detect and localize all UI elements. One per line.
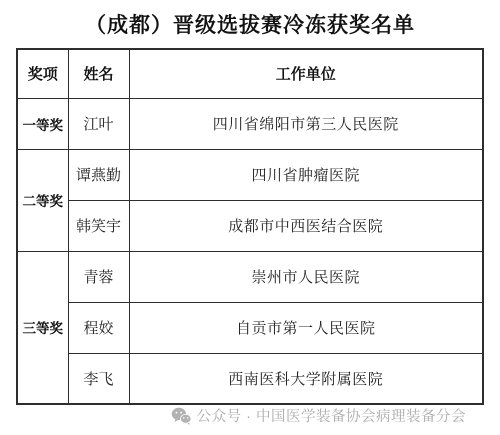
award-cell-first-prize: 一等奖 <box>17 98 68 149</box>
award-table: 奖项 姓名 工作单位 一等奖 江叶 四川省绵阳市第三人民医院 二等奖 谭燕勤 四… <box>16 48 484 405</box>
name-cell: 韩笑宇 <box>68 200 129 251</box>
table-row: 二等奖 谭燕勤 四川省肿瘤医院 <box>17 149 483 200</box>
org-cell: 成都市中西医结合医院 <box>129 200 483 251</box>
name-cell: 谭燕勤 <box>68 149 129 200</box>
table-header-row: 奖项 姓名 工作单位 <box>17 49 483 98</box>
org-cell: 自贡市第一人民医院 <box>129 302 483 353</box>
org-cell: 四川省肿瘤医院 <box>129 149 483 200</box>
column-header-name: 姓名 <box>68 49 129 98</box>
column-header-org: 工作单位 <box>129 49 483 98</box>
award-cell-third-prize: 三等奖 <box>17 251 68 404</box>
table-row: 程姣 自贡市第一人民医院 <box>17 302 483 353</box>
page-title: （成都）晋级选拔赛冷冻获奖名单 <box>0 9 500 39</box>
name-cell: 李飞 <box>68 353 129 404</box>
name-cell: 程姣 <box>68 302 129 353</box>
name-cell: 青蓉 <box>68 251 129 302</box>
wechat-icon <box>171 407 192 425</box>
watermark: 公众号 · 中国医学装备协会病理装备分会 <box>171 405 466 426</box>
table-row: 李飞 西南医科大学附属医院 <box>17 353 483 404</box>
table-row: 三等奖 青蓉 崇州市人民医院 <box>17 251 483 302</box>
column-header-award: 奖项 <box>17 49 68 98</box>
table-row: 韩笑宇 成都市中西医结合医院 <box>17 200 483 251</box>
org-cell: 四川省绵阳市第三人民医院 <box>129 98 483 149</box>
award-list-page: （成都）晋级选拔赛冷冻获奖名单 奖项 姓名 工作单位 一等奖 江叶 四川省绵阳市… <box>0 0 500 435</box>
org-cell: 西南医科大学附属医院 <box>129 353 483 404</box>
watermark-text: 公众号 · 中国医学装备协会病理装备分会 <box>197 405 466 426</box>
org-cell: 崇州市人民医院 <box>129 251 483 302</box>
award-cell-second-prize: 二等奖 <box>17 149 68 251</box>
name-cell: 江叶 <box>68 98 129 149</box>
table-row: 一等奖 江叶 四川省绵阳市第三人民医院 <box>17 98 483 149</box>
